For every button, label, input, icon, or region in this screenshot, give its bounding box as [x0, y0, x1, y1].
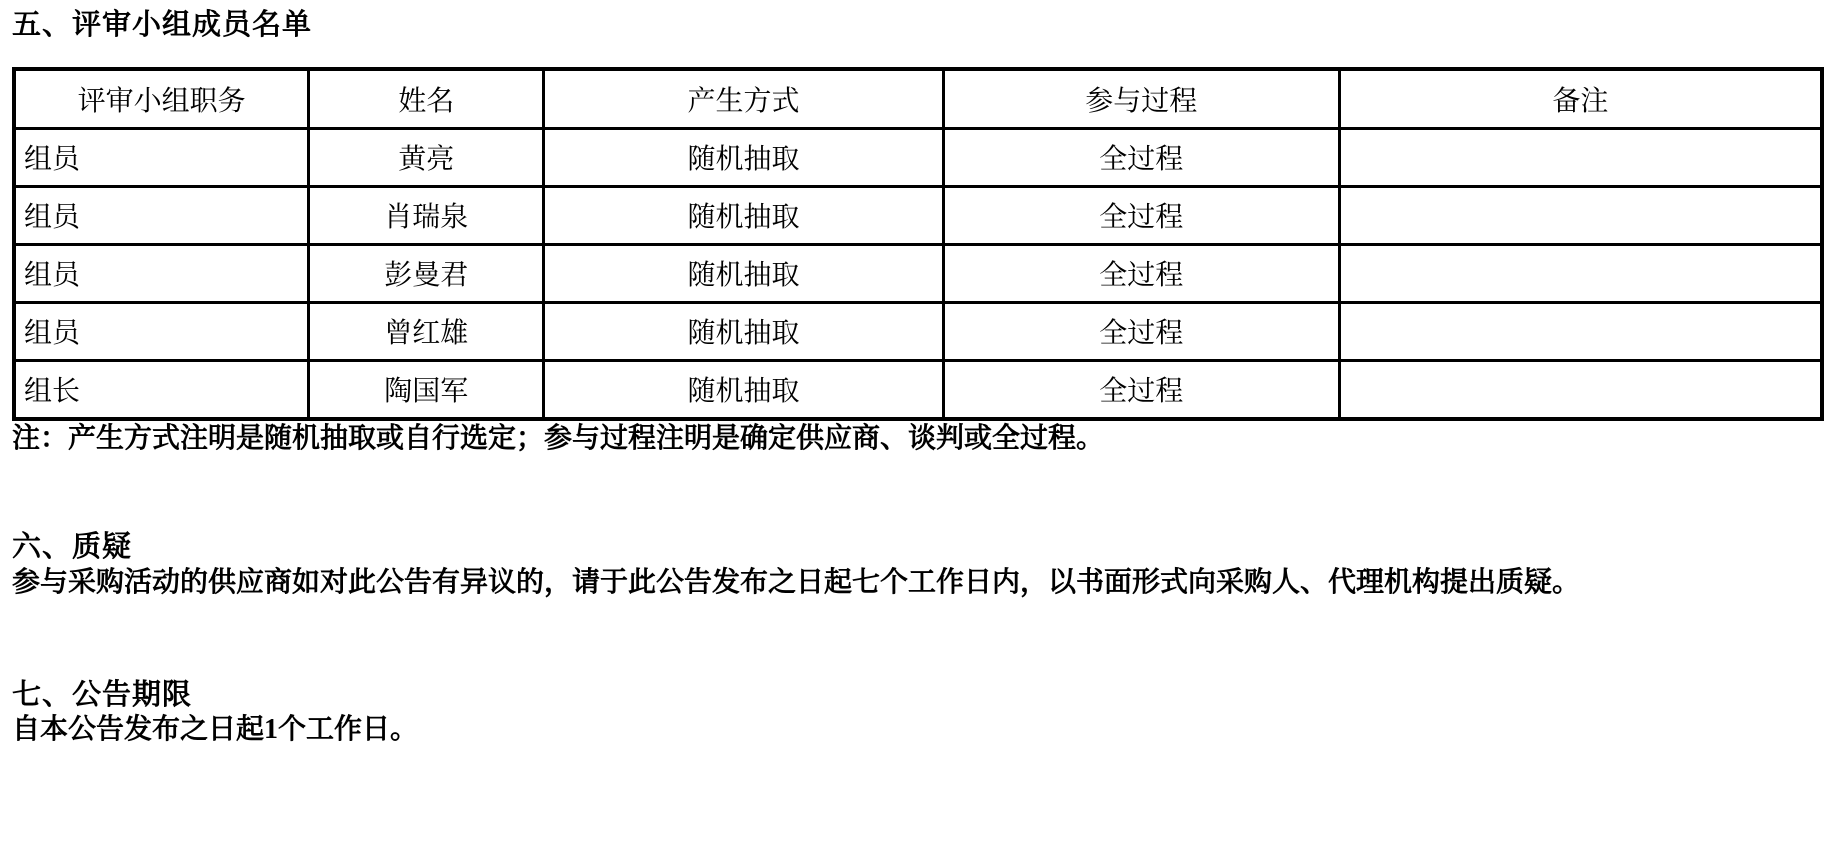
- column-header-process: 参与过程: [943, 69, 1339, 129]
- cell-name: 陶国军: [309, 360, 544, 419]
- column-header-method: 产生方式: [544, 69, 944, 129]
- section7-heading: 七、公告期限: [12, 678, 1836, 713]
- table-row: 组员 曾红雄 随机抽取 全过程: [14, 302, 1822, 360]
- cell-method: 随机抽取: [544, 302, 944, 360]
- column-header-position: 评审小组职务: [14, 69, 309, 129]
- cell-name: 黄亮: [309, 128, 544, 186]
- cell-position: 组员: [14, 186, 309, 244]
- cell-position: 组员: [14, 128, 309, 186]
- cell-name: 曾红雄: [309, 302, 544, 360]
- table-row: 组员 彭曼君 随机抽取 全过程: [14, 244, 1822, 302]
- cell-remark: [1339, 360, 1822, 419]
- section6-heading: 六、质疑: [12, 530, 1836, 565]
- table-row: 组长 陶国军 随机抽取 全过程: [14, 360, 1822, 419]
- cell-remark: [1339, 244, 1822, 302]
- column-header-name: 姓名: [309, 69, 544, 129]
- cell-remark: [1339, 128, 1822, 186]
- cell-process: 全过程: [943, 360, 1339, 419]
- cell-remark: [1339, 302, 1822, 360]
- table-header-row: 评审小组职务 姓名 产生方式 参与过程 备注: [14, 69, 1822, 129]
- cell-method: 随机抽取: [544, 128, 944, 186]
- document-page: 五、评审小组成员名单 评审小组职务 姓名 产生方式 参与过程 备注 组员 黄亮 …: [0, 0, 1848, 747]
- cell-name: 彭曼君: [309, 244, 544, 302]
- cell-name: 肖瑞泉: [309, 186, 544, 244]
- table-row: 组员 肖瑞泉 随机抽取 全过程: [14, 186, 1822, 244]
- cell-position: 组员: [14, 302, 309, 360]
- cell-remark: [1339, 186, 1822, 244]
- review-panel-table: 评审小组职务 姓名 产生方式 参与过程 备注 组员 黄亮 随机抽取 全过程 组员…: [12, 67, 1824, 421]
- cell-method: 随机抽取: [544, 186, 944, 244]
- cell-process: 全过程: [943, 302, 1339, 360]
- table-note: 注：产生方式注明是随机抽取或自行选定；参与过程注明是确定供应商、谈判或全过程。: [12, 421, 1836, 456]
- section7-body: 自本公告发布之日起1个工作日。: [12, 712, 1836, 747]
- cell-position: 组长: [14, 360, 309, 419]
- cell-process: 全过程: [943, 186, 1339, 244]
- cell-position: 组员: [14, 244, 309, 302]
- cell-method: 随机抽取: [544, 244, 944, 302]
- column-header-remark: 备注: [1339, 69, 1822, 129]
- section5-heading: 五、评审小组成员名单: [12, 8, 1836, 43]
- cell-process: 全过程: [943, 244, 1339, 302]
- cell-process: 全过程: [943, 128, 1339, 186]
- cell-method: 随机抽取: [544, 360, 944, 419]
- table-row: 组员 黄亮 随机抽取 全过程: [14, 128, 1822, 186]
- section6-body: 参与采购活动的供应商如对此公告有异议的，请于此公告发布之日起七个工作日内，以书面…: [12, 565, 1836, 600]
